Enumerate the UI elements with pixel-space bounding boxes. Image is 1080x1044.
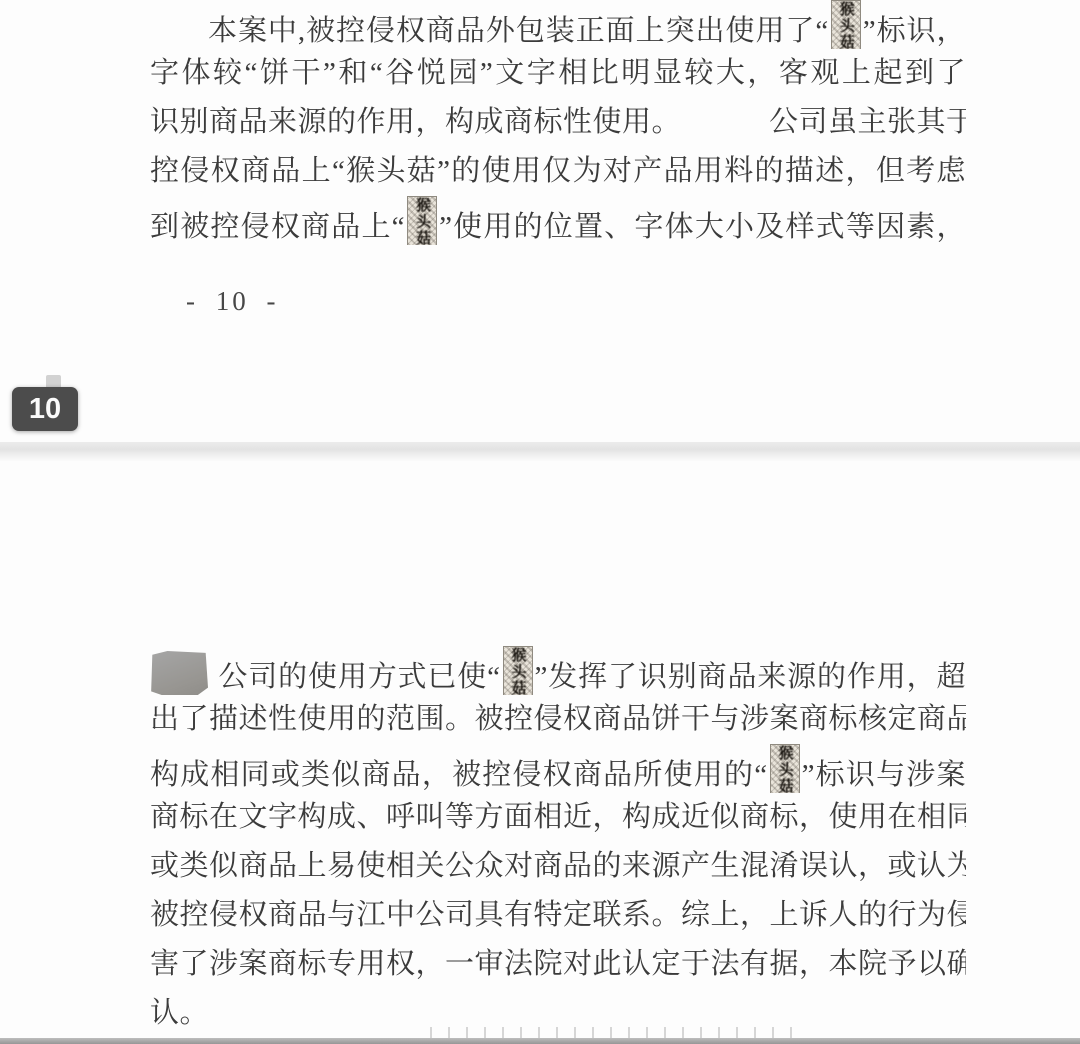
trademark-stamp-label: 猴头菇 bbox=[408, 197, 436, 245]
page-separator bbox=[0, 442, 1080, 461]
body-text: ”发挥了识别商品来源的作用，超 bbox=[535, 661, 966, 693]
redaction-blob bbox=[150, 650, 208, 695]
trademark-stamp-image: 猴头菇 bbox=[407, 196, 437, 245]
trademark-stamp-label: 猴头菇 bbox=[504, 647, 532, 695]
body-text: ”使用的位置、字体大小及样式等因素， bbox=[439, 211, 966, 243]
body-text: 公司虽主张其于被 bbox=[769, 106, 966, 138]
body-text: ”标识与涉案 bbox=[802, 759, 966, 791]
paragraph-top: 本案中,被控侵权商品外包装正面上突出使用了“猴头菇”标识， 字体较“饼干”和“谷… bbox=[150, 0, 966, 245]
text-line: 商标在文字构成、呼叫等方面相近，构成近似商标，使用在相同 bbox=[150, 793, 966, 842]
trademark-stamp-image: 猴头菇 bbox=[503, 646, 533, 695]
body-text: 害了涉案商标专用权，一审法院对此认定于法有据，本院予以确 bbox=[150, 948, 966, 980]
trademark-stamp-image: 猴头菇 bbox=[770, 744, 800, 793]
text-line: 公司的使用方式已使“猴头菇”发挥了识别商品来源的作用，超 bbox=[150, 646, 966, 695]
trademark-stamp-label: 猴头菇 bbox=[832, 1, 860, 49]
body-text: ”标识， bbox=[863, 15, 966, 47]
text-line: 被控侵权商品与江中公司具有特定联系。综上，上诉人的行为侵 bbox=[150, 891, 966, 940]
paragraph-bottom: 公司的使用方式已使“猴头菇”发挥了识别商品来源的作用，超 出了描述性使用的范围。… bbox=[150, 646, 966, 1038]
body-text: 本案中,被控侵权商品外包装正面上突出使用了“ bbox=[208, 15, 829, 47]
redaction-gap bbox=[681, 129, 769, 131]
document-viewer: 本案中,被控侵权商品外包装正面上突出使用了“猴头菇”标识， 字体较“饼干”和“谷… bbox=[0, 0, 1080, 1044]
bottom-divider bbox=[0, 1038, 1080, 1044]
body-text: 商标在文字构成、呼叫等方面相近，构成近似商标，使用在相同 bbox=[150, 801, 966, 833]
text-line: 或类似商品上易使相关公众对商品的来源产生混淆误认，或认为 bbox=[150, 842, 966, 891]
body-text: 出了描述性使用的范围。被控侵权商品饼干与涉案商标核定商品 bbox=[150, 703, 966, 735]
text-line: 识别商品来源的作用，构成商标性使用。公司虽主张其于被 bbox=[150, 98, 966, 147]
body-text: 构成相同或类似商品，被控侵权商品所使用的“ bbox=[150, 759, 768, 791]
body-text: 被控侵权商品与江中公司具有特定联系。综上，上诉人的行为侵 bbox=[150, 899, 966, 931]
text-line: 构成相同或类似商品，被控侵权商品所使用的“猴头菇”标识与涉案 bbox=[150, 744, 966, 793]
text-line: 出了描述性使用的范围。被控侵权商品饼干与涉案商标核定商品 bbox=[150, 695, 966, 744]
trademark-stamp-label: 猴头菇 bbox=[771, 745, 799, 793]
trademark-stamp-image: 猴头菇 bbox=[831, 0, 861, 49]
body-text: 或类似商品上易使相关公众对商品的来源产生混淆误认，或认为 bbox=[150, 850, 966, 882]
text-line: 害了涉案商标专用权，一审法院对此认定于法有据，本院予以确 bbox=[150, 940, 966, 989]
body-text: 到被控侵权商品上“ bbox=[150, 211, 405, 243]
body-text: 控侵权商品上“猴头菇”的使用仅为对产品用料的描述，但考虑 bbox=[150, 155, 966, 187]
page-indicator-badge: 10 bbox=[12, 387, 78, 431]
text-line: 控侵权商品上“猴头菇”的使用仅为对产品用料的描述，但考虑 bbox=[150, 147, 966, 196]
body-text: 识别商品来源的作用，构成商标性使用。 bbox=[150, 106, 681, 138]
next-page-text-edge bbox=[430, 1027, 800, 1038]
text-line: 到被控侵权商品上“猴头菇”使用的位置、字体大小及样式等因素， bbox=[150, 196, 966, 245]
text-line: 本案中,被控侵权商品外包装正面上突出使用了“猴头菇”标识， bbox=[150, 0, 966, 49]
text-line: 字体较“饼干”和“谷悦园”文字相比明显较大，客观上起到了 bbox=[150, 49, 966, 98]
body-text: 字体较“饼干”和“谷悦园”文字相比明显较大，客观上起到了 bbox=[150, 57, 966, 89]
body-text: 公司的使用方式已使“ bbox=[218, 661, 501, 693]
page-number-footer: - 10 - bbox=[186, 286, 278, 317]
body-text: 认。 bbox=[150, 997, 209, 1029]
